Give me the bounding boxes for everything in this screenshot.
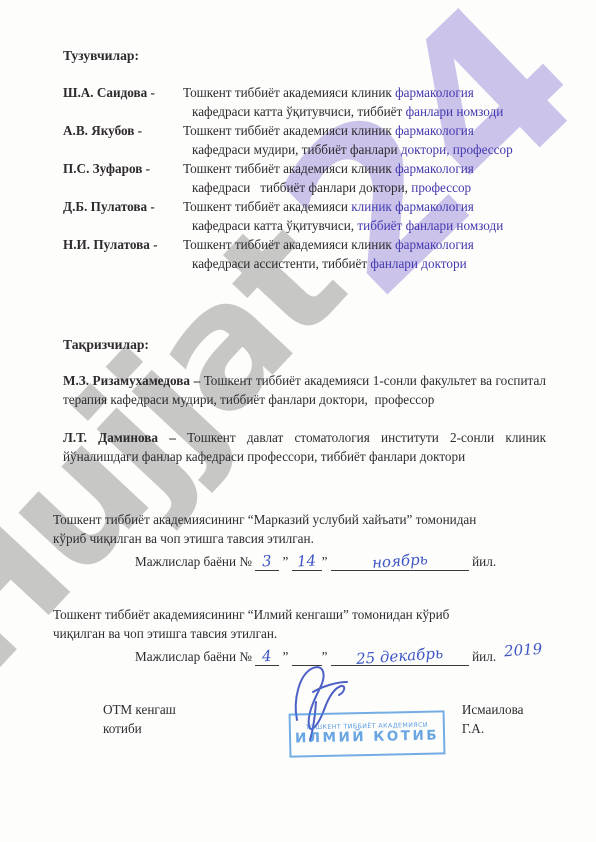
handwritten-protocol-number: 3 [262,552,273,572]
handwritten-month: 25 декабрь [356,644,444,669]
handwritten-year: 2019 [504,640,543,662]
compiler-desc-line1: Тошкент тиббиёт академияси клиник фармак… [183,235,546,254]
minutes-label: Мажлислар баёни № [135,554,252,569]
compiler-desc-line1: Тошкент тиббиёт академияси клиник фармак… [183,197,546,216]
secretary-title-label: ОТМ кенгаш котиби [103,700,214,738]
compiler-name: Ш.А. Саидова - [63,83,183,121]
reviewer-name: Л.Т. Даминова – [63,430,176,445]
compiler-desc-line1: Тошкент тиббиёт академияси клиник фармак… [183,159,546,178]
compiler-description: Тошкент тиббиёт академияси клиник фармак… [183,83,546,121]
reviewers-heading: Тақризчилар: [63,335,546,354]
minutes-line: Мажлислар баёни № 3 ” 14” ноябрь йил. [135,551,546,571]
quote-mark: ” [283,554,289,569]
compiler-name: Н.И. Пулатова - [63,235,183,273]
compiler-desc-line2: кафедраси ассистенти, тиббиёт фанлари до… [183,254,546,273]
compiler-description: Тошкент тиббиёт академияси клиник фармак… [183,197,546,235]
quote-mark: ” [322,554,328,569]
compiler-entry: П.С. Зуфаров - Тошкент тиббиёт академияс… [63,159,546,197]
compiler-description: Тошкент тиббиёт академияси клиник фармак… [183,121,546,159]
compiler-entry: Ш.А. Саидова - Тошкент тиббиёт академияс… [63,83,546,121]
minutes-suffix: йил. [472,554,496,569]
reviewer-entry: М.З. Ризамухамедова – Тошкент тиббиёт ак… [63,371,546,409]
minutes-label: Мажлислар баёни № [135,649,252,664]
compiler-name: Д.Б. Пулатова - [63,197,183,235]
reviewer-name: М.З. Ризамухамедова – [63,373,200,388]
compiler-desc-line2: кафедраси мудири, тиббиёт фанлари доктор… [183,140,546,159]
approval-line1: Тошкент тиббиёт академиясининг “Марказий… [53,510,546,529]
compiler-description: Тошкент тиббиёт академияси клиник фармак… [183,159,546,197]
compiler-entry: А.В. Якубов - Тошкент тиббиёт академияси… [63,121,546,159]
compiler-name: А.В. Якубов - [63,121,183,159]
reviewer-entry: Л.Т. Даминова – Тошкент давлат стоматоло… [63,428,546,466]
handwritten-protocol-number: 4 [262,647,273,667]
compiler-name: П.С. Зуфаров - [63,159,183,197]
approval-statement-methodical-board: Тошкент тиббиёт академиясининг “Марказий… [53,510,546,571]
approval-statement-scientific-council: Тошкент тиббиёт академиясининг “Илмий ке… [53,605,546,666]
scanned-document-page: Hujjat 24 Тузувчилар: Ш.А. Саидова - Тош… [0,0,596,842]
handwritten-day: 14 [297,551,317,571]
compiler-desc-line1: Тошкент тиббиёт академияси клиник фармак… [183,83,546,102]
compilers-heading: Тузувчилар: [63,46,546,65]
handwritten-month: ноябрь [371,550,428,573]
compiler-desc-line2: кафедраси катта ўқитувчиси, тиббиёт фанл… [183,216,546,235]
compilers-list: Ш.А. Саидова - Тошкент тиббиёт академияс… [63,83,546,273]
secretary-stamp: ТОШКЕНТ ТИББИЁТ АКАДЕМИЯСИ ИЛМИЙ КОТИБ [289,710,446,757]
approval-line2: чиқилган ва чоп этишга тавсия этилган. [53,624,546,643]
approval-line1: Тошкент тиббиёт академиясининг “Илмий ке… [53,605,546,624]
compiler-desc-line2: кафедраси тиббиёт фанлари доктори, профе… [183,178,546,197]
document-content: Тузувчилар: Ш.А. Саидова - Тошкент тибби… [0,0,596,738]
compiler-description: Тошкент тиббиёт академияси клиник фармак… [183,235,546,273]
compiler-entry: Д.Б. Пулатова - Тошкент тиббиёт академия… [63,197,546,235]
minutes-suffix: йил. [472,649,496,664]
compiler-desc-line1: Тошкент тиббиёт академияси клиник фармак… [183,121,546,140]
secretary-name: Исмаилова Г.А. [462,700,546,738]
compiler-entry: Н.И. Пулатова - Тошкент тиббиёт академия… [63,235,546,273]
approval-line2: кўриб чиқилган ва чоп этишга тавсия этил… [53,529,546,548]
stamp-title-line: ИЛМИЙ КОТИБ [295,729,439,746]
compiler-desc-line2: кафедраси катта ўқитувчиси, тиббиёт фанл… [183,102,546,121]
